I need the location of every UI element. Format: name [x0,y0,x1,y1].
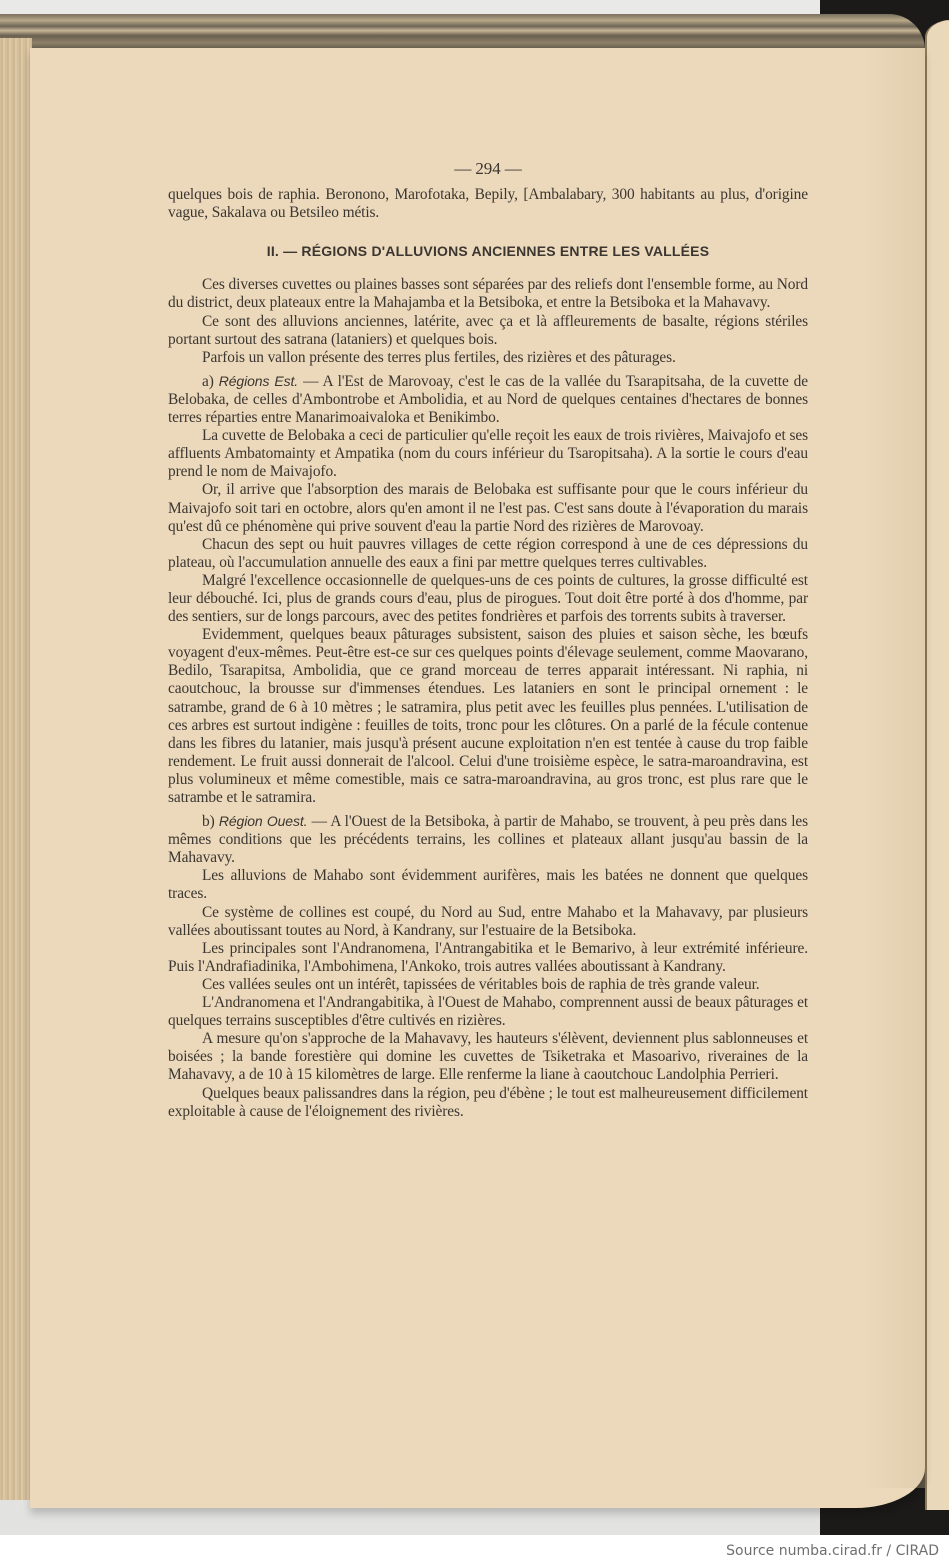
subsection-b-paragraph-6: A mesure qu'on s'approche de la Mahavavy… [168,1030,808,1084]
section-heading: II. — RÉGIONS D'ALLUVIONS ANCIENNES ENTR… [168,242,808,260]
book-page-stack-top [0,14,925,50]
intro-paragraph-3: Parfois un vallon présente des terres pl… [168,349,808,367]
source-caption: Source numba.cirad.fr / CIRAD [726,1543,939,1559]
subsection-b-prefix: b) [202,813,219,830]
opening-paragraph: quelques bois de raphia. Beronono, Marof… [168,186,808,222]
subsection-a-prefix: a) [202,373,219,390]
subsection-a-paragraph-2: Or, il arrive que l'absorption des marai… [168,481,808,535]
subsection-b-paragraph: b) Région Ouest. — A l'Ouest de la Betsi… [168,812,808,867]
subsection-b-label: Région Ouest. [219,813,308,829]
subsection-a-paragraph: a) Régions Est. — A l'Est de Marovoay, c… [168,372,808,427]
intro-paragraph-2: Ce sont des alluvions anciennes, latérit… [168,313,808,349]
book-page-stack-left [0,38,32,1500]
subsection-b-paragraph-7: Quelques beaux palissandres dans la régi… [168,1085,808,1121]
subsection-b-paragraph-2: Ce système de collines est coupé, du Nor… [168,904,808,940]
subsection-b-paragraph-4: Ces vallées seules ont un intérêt, tapis… [168,976,808,994]
subsection-a-label: Régions Est. [219,373,298,389]
intro-paragraph-1: Ces diverses cuvettes ou plaines basses … [168,276,808,312]
subsection-a-paragraph-1: La cuvette de Belobaka a ceci de particu… [168,427,808,481]
subsection-b-paragraph-3: Les principales sont l'Andranomena, l'An… [168,940,808,976]
facing-page-edge [925,20,949,1510]
subsection-b-paragraph-1: Les alluvions de Mahabo sont évidemment … [168,867,808,903]
subsection-a-paragraph-4: Malgré l'excellence occasionnelle de que… [168,572,808,626]
page-text-block: — 294 — quelques bois de raphia. Beronon… [168,160,808,1121]
subsection-b-paragraph-5: L'Andranomena et l'Andrangabitika, à l'O… [168,994,808,1030]
subsection-a-paragraph-5: Evidemment, quelques beaux pâturages sub… [168,626,808,807]
subsection-a-paragraph-3: Chacun des sept ou huit pauvres villages… [168,536,808,572]
page-number: — 294 — [168,160,808,178]
